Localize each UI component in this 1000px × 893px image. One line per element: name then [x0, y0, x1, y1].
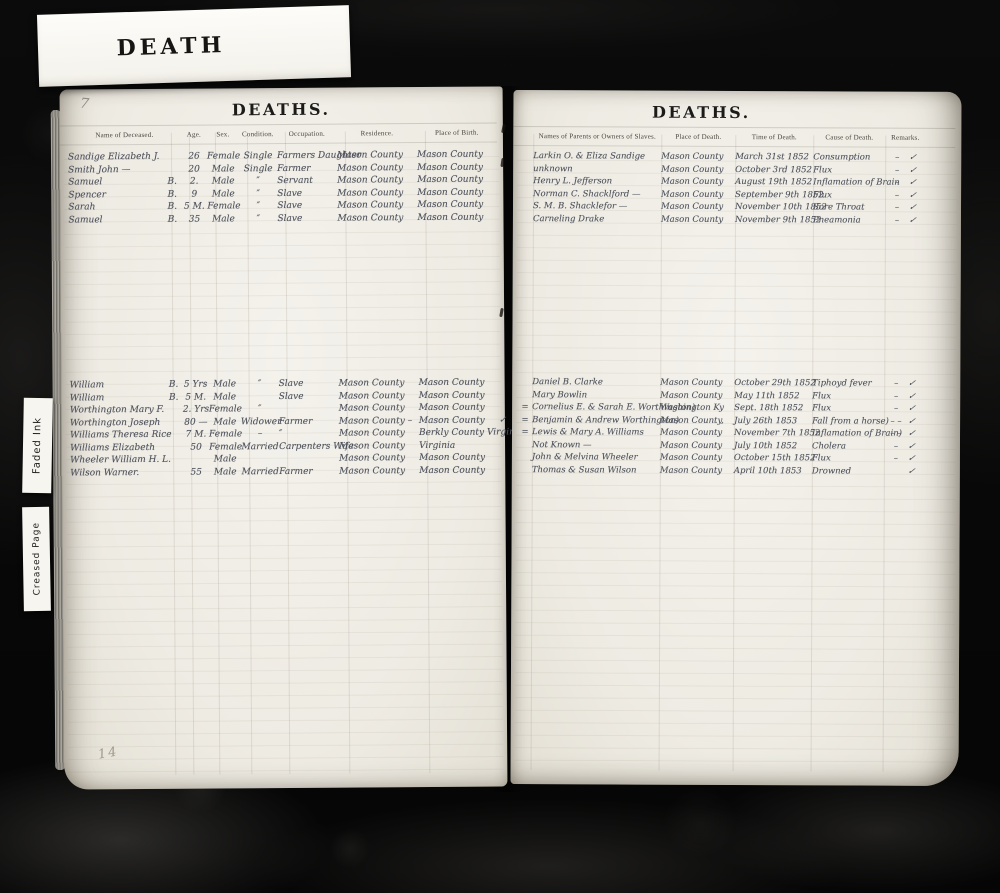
cell-premark: =: [518, 427, 532, 437]
cell-check: ✓: [907, 467, 925, 477]
left-entries-block-2: WilliamB.5 YrsMale″SlaveMason CountyMaso…: [62, 376, 500, 479]
cell-name: Worthington Joseph: [70, 418, 165, 429]
death-label-card: DEATH: [37, 5, 351, 87]
cell-color: B.: [163, 214, 181, 224]
cell-place: Mason County: [660, 390, 734, 400]
cell-age: 2.: [181, 177, 207, 187]
cell-check: ✓: [908, 191, 926, 201]
cell-residence: Mason County: [339, 428, 419, 439]
cell-place: Mason County: [661, 189, 735, 199]
cell-check: ✓: [907, 417, 925, 427]
left-column-headers: Name of Deceased. Age. Sex. Condition. O…: [60, 123, 497, 146]
cell-dash: –: [884, 441, 908, 451]
cell-place: Mason County: [660, 428, 734, 438]
cell-birthplace: Mason County: [417, 150, 497, 161]
cell-check: ✓: [908, 153, 926, 163]
cell-color: B.: [163, 202, 181, 212]
cell-cause: Flux: [812, 454, 884, 464]
cell-cause: Fall from a horse): [812, 416, 884, 426]
cell-place: Mason County: [660, 440, 734, 450]
cell-age: 55: [183, 467, 209, 477]
col-header-name: Name of Deceased.: [68, 131, 181, 140]
cell-age: 50: [183, 442, 209, 452]
right-entries-block-2: Daniel B. ClarkeMason CountyOctober 29th…: [512, 376, 954, 478]
cell-residence: Mason County –: [339, 416, 419, 427]
cell-occupation: Farmer: [279, 466, 339, 476]
cell-occupation: Slave: [277, 201, 337, 211]
cell-age: 5 M.: [183, 392, 209, 402]
cell-sex: Female: [207, 202, 239, 212]
cell-dash: –: [885, 178, 909, 188]
col-header-occupation: Occupation.: [277, 130, 337, 138]
cell-age: 35: [181, 214, 207, 224]
cell-dash: –: [885, 190, 909, 200]
faded-ink-slip: Faded Ink: [22, 398, 53, 493]
cell-color: B.: [163, 177, 181, 187]
cell-place: Mason County: [661, 214, 735, 224]
cell-residence: Mason County: [339, 378, 419, 389]
right-entries-block-1: Larkin O. & Eliza SandigeMason CountyMar…: [513, 150, 955, 227]
cell-time: August 19th 1852: [735, 177, 813, 187]
cell-residence: Mason County: [337, 175, 417, 186]
cell-dash: –: [885, 203, 909, 213]
cell-occupation: Slave: [279, 391, 339, 401]
cell-residence: Mason County: [337, 188, 417, 199]
col-header-residence: Residence.: [337, 129, 417, 138]
cell-age: 5 Yrs: [183, 380, 209, 390]
cell-dash: –: [884, 404, 908, 414]
cell-cause: Cholera: [812, 441, 884, 451]
cell-time: May 11th 1852: [734, 391, 812, 401]
cell-check: ✓: [907, 442, 925, 452]
cell-occupation: Slave: [277, 213, 337, 223]
cell-age: 5 M.: [181, 202, 207, 212]
cell-birthplace: Mason County: [417, 162, 497, 173]
cell-dash: –: [885, 215, 909, 225]
right-page-title: DEATHS.: [652, 103, 751, 122]
cell-name: Wheeler William H. L.: [70, 455, 165, 466]
col-header-birthplace: Place of Birth.: [417, 129, 497, 138]
cell-parents: Daniel B. Clarke: [532, 377, 660, 388]
cell-time: November 7th 1852: [734, 428, 812, 438]
cell-condition: Single: [239, 151, 277, 161]
cell-place: Mason County: [661, 202, 735, 212]
cell-dash: –: [885, 165, 909, 175]
cell-occupation: Farmer: [277, 163, 337, 173]
cell-parents: unknown: [533, 164, 661, 175]
cell-occupation: Slave: [277, 188, 337, 198]
cell-birthplace: Virginia: [419, 440, 499, 451]
cell-dash: –: [884, 391, 908, 401]
cell-sex: Female: [209, 430, 241, 440]
cell-birthplace: Mason County: [419, 453, 499, 464]
cell-sex: Female: [207, 152, 239, 162]
cell-age: 2. Yrs: [183, 405, 209, 415]
cell-condition: –: [241, 429, 279, 439]
cell-time: Sept. 18th 1852: [734, 403, 812, 413]
cell-residence: Mason County: [339, 441, 419, 452]
col-header-place-of-death: Place of Death.: [661, 133, 735, 141]
cell-dash: –: [884, 379, 908, 389]
cell-parents: Benjamin & Andrew Worthington): [532, 415, 660, 426]
cell-time: April 10th 1853: [734, 466, 812, 476]
cell-cause: Flux: [812, 391, 884, 401]
cell-time: October 29th 1852: [734, 378, 812, 388]
cell-condition: ″: [241, 379, 279, 389]
cell-condition: ″: [239, 201, 277, 211]
cell-check: ✓: [907, 379, 925, 389]
ledger-left-page: DEATHS. Name of Deceased. Age. Sex. Cond…: [60, 86, 508, 789]
cell-check: ✓: [907, 454, 925, 464]
table-row: SamuelB.35Male″SlaveMason CountyMason Co…: [60, 211, 497, 227]
cell-birthplace: Mason County: [419, 378, 499, 389]
cell-sex: Female: [209, 442, 241, 452]
cell-place: Mason County,: [660, 415, 734, 425]
cell-cause: Flux: [812, 404, 884, 414]
cell-time: October 3rd 1852: [735, 165, 813, 175]
cell-name: Sarah: [68, 202, 163, 213]
cell-parents: Larkin O. & Eliza Sandige: [533, 151, 661, 162]
cell-occupation: Servant: [277, 176, 337, 186]
cell-name: Smith John —: [68, 165, 163, 176]
cell-occupation: ″: [279, 429, 339, 439]
cell-sex: Male: [209, 455, 241, 465]
cell-residence: Mason County: [339, 403, 419, 414]
cell-dash: –: [885, 153, 909, 163]
cell-dash: – –: [884, 416, 908, 426]
cell-color: B.: [165, 392, 183, 402]
cell-condition: Married: [241, 442, 279, 452]
cell-parents: S. M. B. Shacklefor —: [533, 201, 661, 212]
col-header-cause-of-death: Cause of Death.: [813, 133, 885, 141]
cell-cause: Sore Throat: [813, 203, 885, 213]
cell-birthplace: Mason County: [417, 175, 497, 186]
creased-page-slip: Creased Page: [22, 507, 51, 611]
left-entries-block-1: Sandige Elizabeth J.26FemaleSingleFarmer…: [60, 149, 498, 227]
cell-name: Williams Theresa Rice: [70, 430, 165, 441]
cell-cause: Pneamonia: [813, 215, 885, 225]
cell-birthplace: Berkly County Virginia: [419, 428, 499, 439]
cell-age: 80 —: [183, 417, 209, 427]
cell-name: Spencer: [68, 190, 163, 201]
cell-check: ✓: [908, 178, 926, 188]
cell-sex: Male: [209, 380, 241, 390]
cell-name: Wilson Warner.: [70, 468, 165, 479]
cell-residence: Mason County: [337, 213, 417, 224]
cell-parents: John & Melvina Wheeler: [532, 452, 660, 463]
ledger-right-page: DEATHS. Names of Parents or Owners of Sl…: [510, 90, 961, 786]
cell-parents: Norman C. Shacklford —: [533, 189, 661, 200]
cell-cause: Tiphoyd fever: [812, 379, 884, 389]
cell-check: ✓: [908, 216, 926, 226]
cell-name: William: [70, 380, 165, 391]
cell-condition: Widower: [241, 417, 279, 427]
cell-residence: Mason County: [339, 391, 419, 402]
cell-check: ✓: [908, 203, 926, 213]
cell-residence: Mason County: [337, 150, 417, 161]
cell-birthplace: Mason County: [419, 465, 499, 476]
cell-residence: Mason County: [339, 453, 419, 464]
pencil-page-number: 7: [79, 96, 90, 113]
cell-parents: Mary Bowlin: [532, 390, 660, 401]
cell-name: Williams Elizabeth: [70, 443, 165, 454]
cell-occupation: Carpenters Wife: [279, 441, 339, 451]
cell-check: ✓: [907, 404, 925, 414]
col-header-condition: Condition.: [239, 130, 277, 138]
cell-premark: =: [518, 415, 532, 425]
cell-birthplace: Mason County: [419, 390, 499, 401]
cell-birthplace: Mason County: [419, 403, 499, 414]
cell-place: Mason County: [661, 164, 735, 174]
cell-time: July 10th 1852: [734, 441, 812, 451]
cell-dash: – –: [884, 429, 908, 439]
col-header-age: Age.: [181, 131, 207, 139]
faded-ink-label: Faded Ink: [32, 417, 44, 474]
col-header-time-of-death: Time of Death.: [735, 133, 813, 141]
cell-cause: Flux: [813, 165, 885, 175]
cell-sex: Male: [207, 189, 239, 199]
cell-occupation: Farmers Daughter: [277, 151, 337, 161]
cell-birthplace: Mason County: [417, 212, 497, 223]
cell-place: Mason County: [661, 177, 735, 187]
cell-occupation: Farmer: [279, 416, 339, 426]
death-label-text: DEATH: [116, 32, 226, 61]
cell-sex: Male: [207, 214, 239, 224]
col-header-remarks: Remarks.: [885, 134, 925, 142]
left-page-title: DEATHS.: [232, 100, 331, 120]
cell-check: ✓: [908, 166, 926, 176]
cell-age: 9: [181, 189, 207, 199]
cell-check: ✓: [907, 392, 925, 402]
cell-condition: Married: [241, 467, 279, 477]
creased-page-label: Creased Page: [31, 522, 42, 596]
table-row: Wilson Warner.55MaleMarriedFarmerMason C…: [62, 464, 499, 480]
cell-condition: ″: [239, 214, 277, 224]
cell-condition: ″: [239, 176, 277, 186]
col-header-sex: Sex.: [207, 130, 239, 138]
cell-sex: Female: [209, 405, 241, 415]
cell-cause: Drowned: [812, 466, 884, 476]
cell-condition: Single: [239, 164, 277, 174]
cell-cause: Flux: [813, 190, 885, 200]
cell-age: 20: [181, 164, 207, 174]
cell-place: Mason County: [661, 152, 735, 162]
cell-mark: ✓: [499, 415, 509, 425]
cell-dash: –: [884, 454, 908, 464]
table-row: Thomas & Susan WilsonMason CountyApril 1…: [512, 464, 954, 478]
cell-place: Mason County: [660, 465, 734, 475]
cell-parents: Cornelius E. & Sarah E. Worthington): [532, 402, 660, 413]
cell-parents: Henry L. Jefferson: [533, 176, 661, 187]
cell-age: 7 M.: [183, 430, 209, 440]
cell-time: July 26th 1853: [734, 416, 812, 426]
cell-color: B.: [163, 189, 181, 199]
table-row: Carneling DrakeMason CountyNovember 9th …: [513, 213, 955, 227]
cell-name: Samuel: [68, 215, 163, 226]
cell-sex: Male: [209, 417, 241, 427]
cell-place: Mason County: [660, 453, 734, 463]
cell-place: Washington Ky: [660, 403, 734, 413]
cell-check: ✓: [907, 429, 925, 439]
cell-sex: Male: [209, 467, 241, 477]
cell-occupation: Slave: [279, 379, 339, 389]
cell-cause: Inflamation of Brain: [813, 178, 885, 188]
cell-parents: Lewis & Mary A. Williams: [532, 427, 660, 438]
cell-parents: Carneling Drake: [533, 214, 661, 225]
cell-parents: Thomas & Susan Wilson: [532, 465, 660, 476]
cell-premark: =: [518, 402, 532, 412]
cell-parents: Not Known —: [532, 440, 660, 451]
cell-color: B.: [165, 380, 183, 390]
cell-sex: Male: [207, 177, 239, 187]
cell-place: Mason County: [660, 378, 734, 388]
cell-birthplace: Mason County: [419, 415, 499, 426]
cell-time: October 15th 1852: [734, 453, 812, 463]
cell-age: 26: [181, 152, 207, 162]
cell-name: Sandige Elizabeth J.: [68, 152, 163, 163]
cell-cause: Consumption: [813, 153, 885, 163]
right-column-headers: Names of Parents or Owners of Slaves. Pl…: [513, 126, 955, 148]
cell-time: September 9th 1852: [735, 190, 813, 200]
cell-birthplace: Mason County: [417, 187, 497, 198]
col-header-parents: Names of Parents or Owners of Slaves.: [533, 132, 661, 141]
cell-condition: ″: [239, 189, 277, 199]
cell-residence: Mason County: [339, 466, 419, 477]
cell-residence: Mason County: [337, 163, 417, 174]
cell-time: March 31st 1852: [735, 152, 813, 162]
cell-cause: Inflamation of Brain): [812, 429, 884, 439]
cell-sex: Male: [207, 164, 239, 174]
cell-name: Samuel: [68, 177, 163, 188]
cell-residence: Mason County: [337, 200, 417, 211]
cell-condition: ″: [241, 404, 279, 414]
cell-time: November 9th 1852: [735, 215, 813, 225]
cell-birthplace: Mason County: [417, 200, 497, 211]
cell-sex: Male: [209, 392, 241, 402]
cell-time: November 10th 1852: [735, 202, 813, 212]
cell-name: William: [70, 393, 165, 404]
cell-name: Worthington Mary F.: [70, 405, 165, 416]
